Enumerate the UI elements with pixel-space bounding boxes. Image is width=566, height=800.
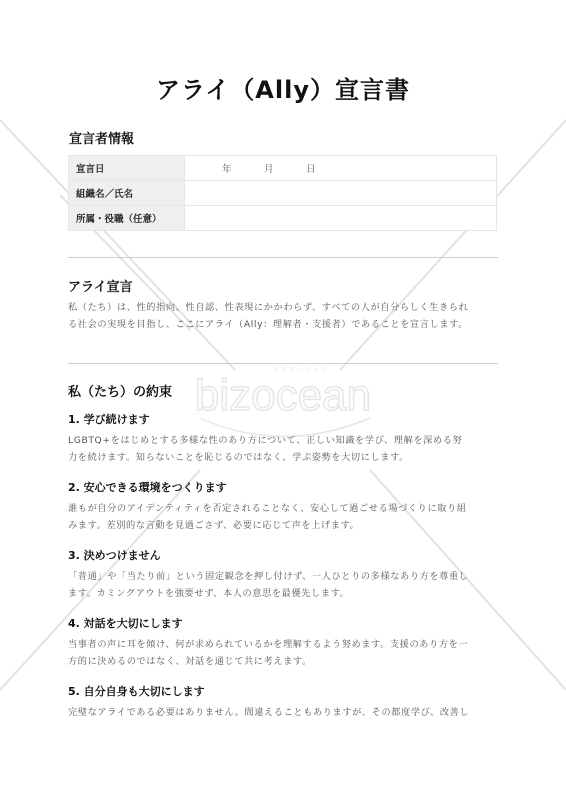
- promise-line: 当事者の声に耳を傾け、何が求められているかを理解するよう努めます。支援のあり方を…: [68, 636, 500, 653]
- table-row-position: 所属・役職（任意）: [69, 206, 497, 231]
- table-row-date: 宣言日 年 月 日: [69, 156, 497, 181]
- promise-line: 方的に決めるのではなく、対話を通じて共に考えます。: [68, 653, 500, 670]
- declarant-info-table: 宣言日 年 月 日 組織名／氏名 所属・役職（任意）: [68, 155, 497, 231]
- promise-line: 「普通」や「当たり前」という固定観念を押し付けず、一人ひとりの多様なあり方を尊重…: [68, 568, 500, 585]
- promises-heading: 私（たち）の約束: [68, 381, 172, 400]
- promise-line: 誰もが自分のアイデンティティを否定されることなく、安心して過ごせる場づくりに取り…: [68, 500, 500, 517]
- section-divider: [68, 363, 498, 364]
- date-field[interactable]: 年 月 日: [185, 156, 497, 181]
- organization-name-label: 組織名／氏名: [69, 181, 185, 206]
- promise-line: 完璧なアライである必要はありません。間違えることもありますが、その都度学び、改善…: [68, 704, 500, 721]
- promise-4-text: 当事者の声に耳を傾け、何が求められているかを理解するよう努めます。支援のあり方を…: [68, 636, 500, 670]
- document-title: アライ（Ally）宣言書: [0, 70, 566, 105]
- promise-3-text: 「普通」や「当たり前」という固定観念を押し付けず、一人ひとりの多様なあり方を尊重…: [68, 568, 500, 602]
- promise-2-title: 2. 安心できる環境をつくります: [68, 479, 227, 495]
- declaration-line: 私（たち）は、性的指向、性自認、性表現にかかわらず、すべての人が自分らしく生きら…: [68, 299, 500, 316]
- month-label: 月: [264, 161, 306, 175]
- declaration-text: 私（たち）は、性的指向、性自認、性表現にかかわらず、すべての人が自分らしく生きら…: [68, 299, 500, 333]
- promise-line: みます。差別的な言動を見過ごさず、必要に応じて声を上げます。: [68, 517, 500, 534]
- day-label: 日: [306, 161, 348, 175]
- document-page: アライ（Ally）宣言書 宣言者情報 宣言日 年 月 日 組織名／氏名 所属・役…: [0, 0, 566, 800]
- section-divider: [68, 257, 498, 258]
- declaration-line: る社会の実現を目指し、ここにアライ（Ally：理解者・支援者）であることを宣言し…: [68, 316, 500, 333]
- declarant-info-heading: 宣言者情報: [69, 128, 134, 147]
- date-label: 宣言日: [69, 156, 185, 181]
- year-label: 年: [222, 161, 264, 175]
- organization-name-field[interactable]: [185, 181, 497, 206]
- promise-4-title: 4. 対話を大切にします: [68, 615, 183, 631]
- position-field[interactable]: [185, 206, 497, 231]
- promise-line: ます。カミングアウトを強要せず、本人の意思を最優先します。: [68, 585, 500, 602]
- table-row-name: 組織名／氏名: [69, 181, 497, 206]
- promise-1-text: LGBTQ+をはじめとする多様な性のあり方について、正しい知識を学び、理解を深め…: [68, 432, 500, 466]
- position-label: 所属・役職（任意）: [69, 206, 185, 231]
- promise-3-title: 3. 決めつけません: [68, 547, 161, 563]
- promise-line: 力を続けます。知らないことを恥じるのではなく、学ぶ姿勢を大切にします。: [68, 449, 500, 466]
- promise-line: LGBTQ+をはじめとする多様な性のあり方について、正しい知識を学び、理解を深め…: [68, 432, 500, 449]
- promise-2-text: 誰もが自分のアイデンティティを否定されることなく、安心して過ごせる場づくりに取り…: [68, 500, 500, 534]
- promise-5-title: 5. 自分自身も大切にします: [68, 683, 205, 699]
- promise-1-title: 1. 学び続けます: [68, 411, 150, 427]
- promise-5-text: 完璧なアライである必要はありません。間違えることもありますが、その都度学び、改善…: [68, 704, 500, 721]
- declaration-heading: アライ宣言: [68, 276, 133, 295]
